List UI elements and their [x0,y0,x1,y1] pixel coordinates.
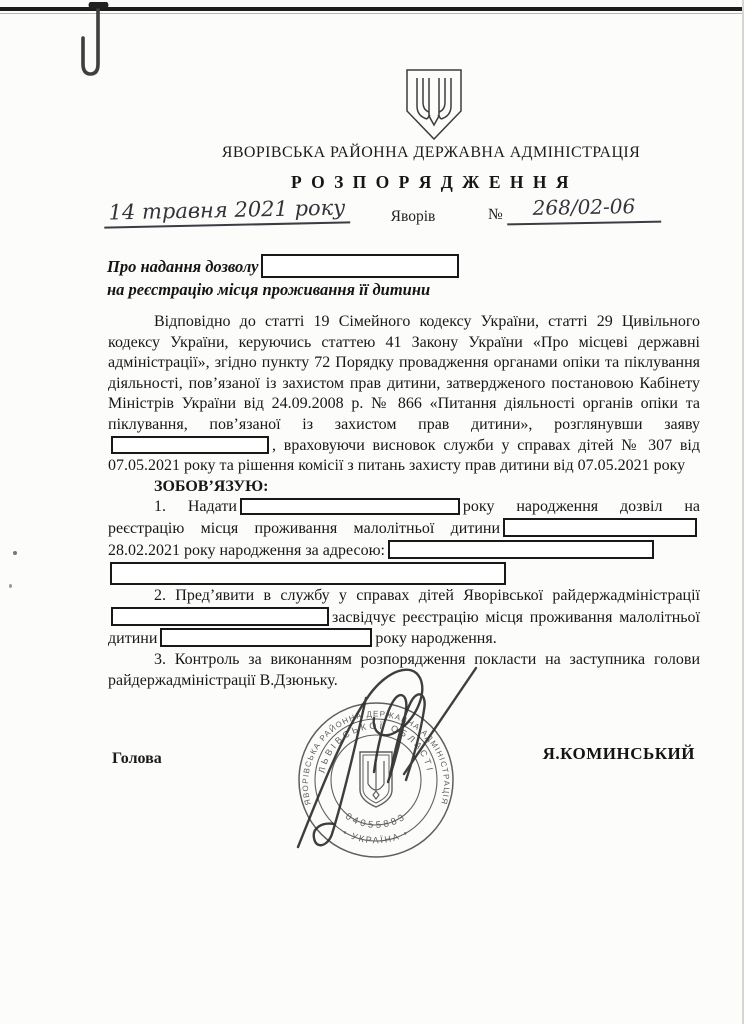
number-label: № [488,206,503,224]
redaction-box [240,498,460,515]
trident-emblem-icon [403,66,465,144]
signer-name: Я.КОМИНСЬКИЙ [543,744,695,764]
redaction-box [261,254,459,278]
item1-text-3: 28.02.2021 року народження за адресою: [108,542,385,559]
signer-title: Голова [112,750,162,768]
item-2-paragraph: 2. Пред’явити в службу у справах дітей Я… [108,586,700,650]
redaction-box [111,436,269,454]
handwritten-date: 14 травня 2021 року [104,195,351,228]
organization-name: ЯВОРІВСЬКА РАЙОННА ДЕРЖАВНА АДМІНІСТРАЦІ… [126,144,736,162]
scan-speck [9,584,12,588]
item1-text-1: 1. Надати [154,498,237,515]
subject-block: Про надання дозволу на реєстрацію місця … [107,254,587,301]
intro-text-1: Відповідно до статті 19 Сімейного кодекс… [108,313,700,433]
scan-speck [13,551,17,555]
subject-line2: на реєстрацію місця проживання її дитини [107,280,430,299]
redaction-box [388,540,654,559]
place-name: Яворів [378,208,448,226]
item-1-paragraph: 1. Надатироку народження дозвіл на реєст… [108,497,700,561]
paperclip-icon [78,2,118,86]
obligate-heading: ЗОБОВ’ЯЗУЮ: [108,477,700,498]
redaction-box-full-line [110,562,506,585]
document-type-title: Р О З П О Р Я Д Ж Е Н Н Я [126,172,736,193]
subject-line1: Про надання дозволу [107,257,258,276]
date-line: 14 травня 2021 року Яворів № 268/02-06 [0,198,744,232]
document-body: Відповідно до статті 19 Сімейного кодекс… [108,312,700,691]
handwritten-signature-icon [278,642,510,874]
redaction-box [503,518,697,537]
handwritten-number: 268/02-06 [507,194,661,226]
item2-text-1: 2. Пред’явити в службу у справах дітей Я… [154,587,700,604]
redaction-box [111,607,329,626]
scanned-document-page: ЯВОРІВСЬКА РАЙОННА ДЕРЖАВНА АДМІНІСТРАЦІ… [0,0,744,1024]
intro-paragraph: Відповідно до статті 19 Сімейного кодекс… [108,312,700,477]
